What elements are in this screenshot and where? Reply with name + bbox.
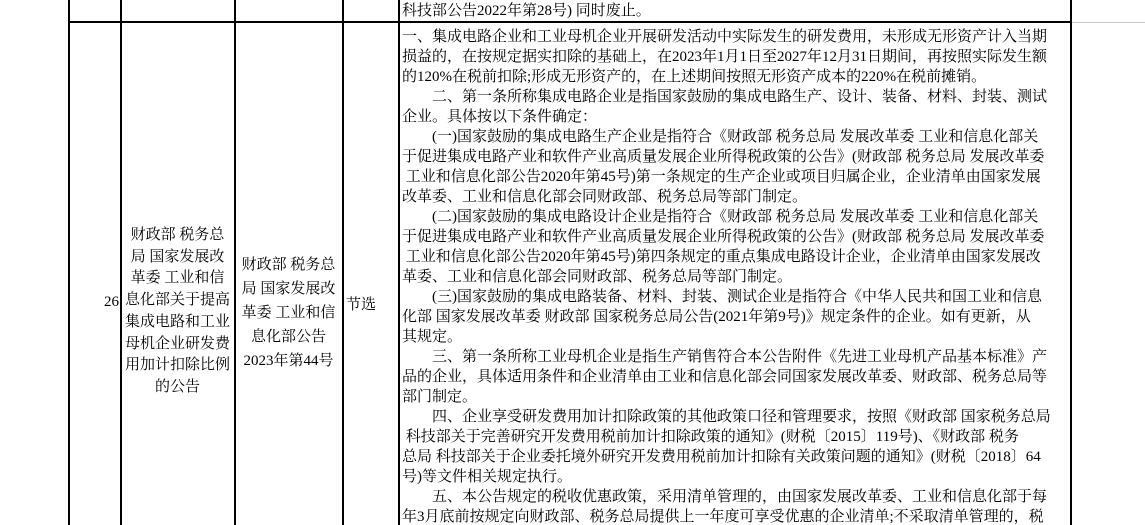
column-divider-left bbox=[68, 0, 70, 525]
previous-row-content-tail: 科技部公告2022年第28号) 同时废止。 bbox=[402, 1, 1068, 21]
document-number-cell: 财政部 税务总 局 国家发展改 革委 工业和信 息化部公告 2023年第44号 bbox=[236, 253, 341, 373]
policy-title-cell: 财政部 税务总 局 国家发展改 革委 工业和信 息化部关于提高 集成电路和工业 … bbox=[122, 225, 233, 399]
row-divider bbox=[68, 21, 1072, 23]
row-divider-faint-extension bbox=[1072, 22, 1145, 23]
document-page: 科技部公告2022年第28号) 同时废止。 26 财政部 税务总 局 国家发展改… bbox=[0, 0, 1145, 525]
table-border-right bbox=[1070, 0, 1072, 525]
policy-content-cell: 一、集成电路企业和工业母机企业开展研发活动中实际发生的研发费用，未形成无形资产计… bbox=[402, 27, 1068, 525]
column-divider-type-content bbox=[398, 0, 400, 525]
row-number-cell: 26 bbox=[69, 292, 119, 312]
column-divider-doc-type bbox=[342, 0, 344, 525]
excerpt-type-cell: 节选 bbox=[346, 295, 396, 315]
